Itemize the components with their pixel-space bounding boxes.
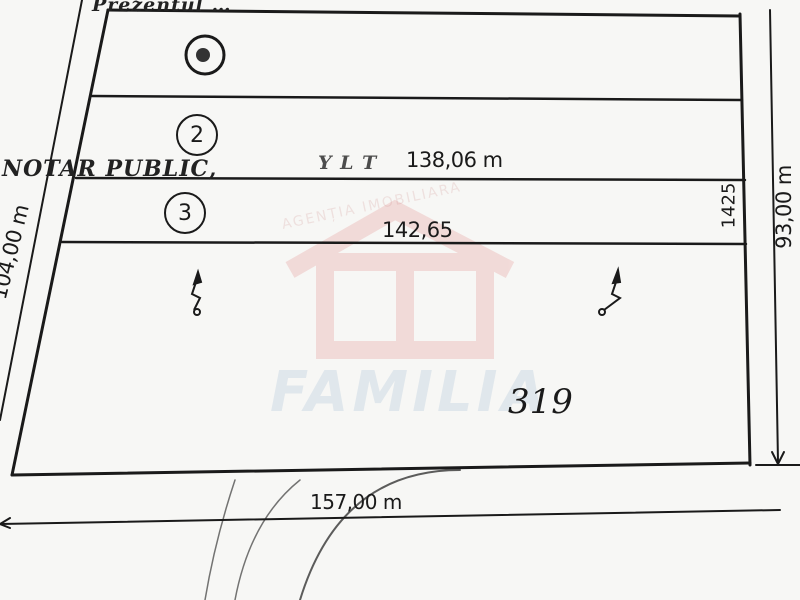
document-header-text: Prezentul … <box>92 0 232 16</box>
notary-stamp-trailing: Y L T <box>318 152 377 174</box>
dimension-bottom: 157,00 m <box>310 490 402 514</box>
parcel-number: 319 <box>508 382 573 422</box>
dimension-142-65: 142,65 <box>382 218 452 242</box>
north-arrow-left <box>192 272 201 315</box>
notary-stamp-text: NOTAR PUBLIC, <box>2 156 217 182</box>
dimension-138-06: 138,06 m <box>406 148 503 172</box>
plot-number-3: 3 <box>164 192 206 234</box>
dimension-right-inner: 1425 <box>718 183 739 229</box>
plot-number-2: 2 <box>176 114 218 156</box>
dimension-right-outer: 93,00 m <box>772 165 796 249</box>
watermark-brand-text: FAMILIA <box>270 360 549 425</box>
north-arrow-right <box>599 270 620 315</box>
